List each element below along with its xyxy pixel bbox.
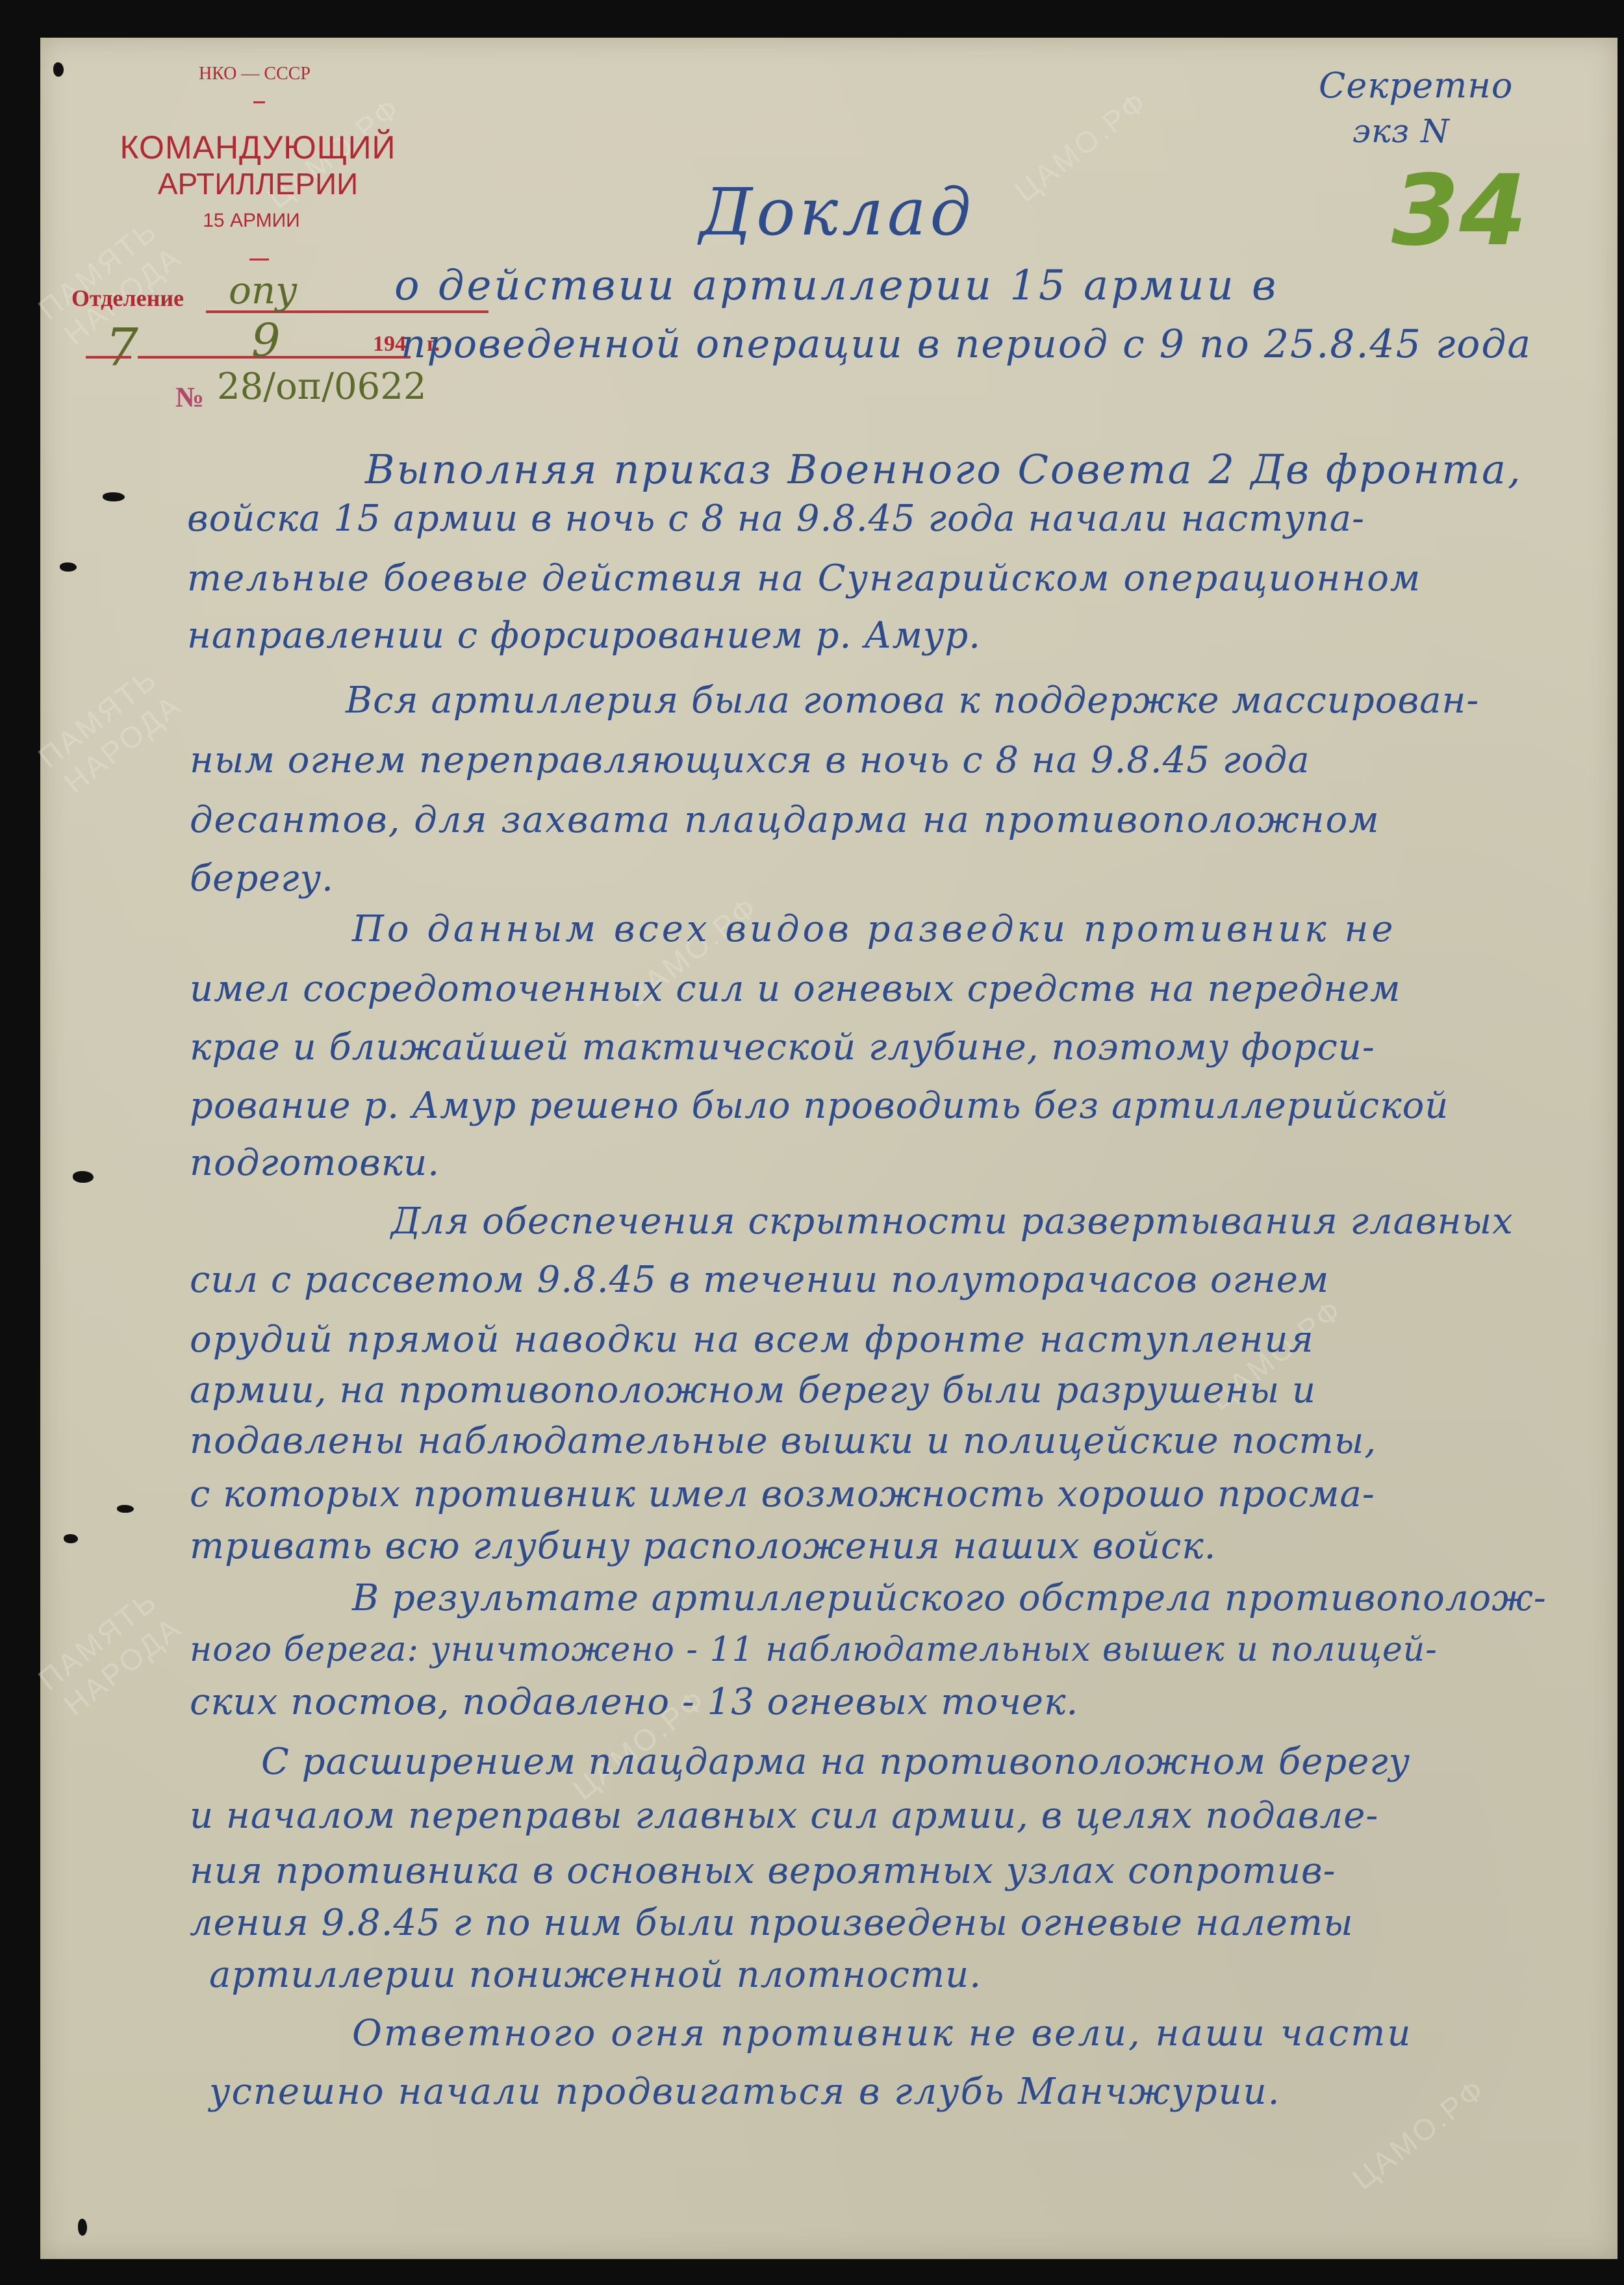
watermark: ЦАМО.РФ — [1345, 2071, 1492, 2196]
number-value: 28/оп/0622 — [217, 366, 427, 408]
body-line: подавлены наблюдательные вышки и полицей… — [190, 1420, 1377, 1462]
body-line: с которых противник имел возможность хор… — [190, 1473, 1375, 1515]
stamp-divider — [249, 259, 269, 260]
punch-hole — [73, 1171, 94, 1183]
stamp-org: НКО — СССР — [177, 64, 333, 84]
classification-label: Секретно — [1319, 65, 1513, 106]
body-line: ния противника в основных вероятных узла… — [190, 1850, 1336, 1892]
stamp-subtitle: АРТИЛЛЕРИИ — [125, 166, 391, 201]
body-line: тривать всю глубину расположения наших в… — [190, 1525, 1216, 1567]
body-line: тельные боевые действия на Сунгарийском … — [187, 557, 1421, 600]
punch-hole — [60, 562, 77, 572]
body-line: В результате артиллерийского обстрела пр… — [352, 1577, 1547, 1619]
stamp-army: 15 АРМИИ — [170, 210, 333, 232]
body-line: рование р. Амур решено было проводить бе… — [190, 1085, 1449, 1127]
document-page: ЦАМО.РФ ЦАМО.РФ ЦАМО.РФ ЦАМО.РФ ЦАМО.РФ … — [40, 38, 1618, 2259]
number-label: № — [175, 381, 204, 414]
department-label: Отделение — [71, 284, 184, 312]
copy-number: 34 — [1391, 155, 1527, 268]
body-line: Для обеспечения скрытности развертывания… — [391, 1200, 1514, 1243]
date-day: 7 — [105, 317, 138, 377]
body-line: Выполняя приказ Военного Совета 2 Дв фро… — [365, 446, 1523, 493]
body-line: имел сосредоточенных сил и огневых средс… — [190, 968, 1401, 1010]
body-line: орудий прямой наводки на всем фронте нас… — [190, 1319, 1315, 1361]
body-line: направлении с форсированием р. Амур. — [187, 614, 981, 657]
body-line: артиллерии пониженной плотности. — [209, 1954, 982, 1996]
copy-label: экз N — [1352, 112, 1450, 150]
body-line: ным огнем переправляющихся в ночь с 8 на… — [190, 739, 1310, 781]
report-title: Доклад — [700, 174, 975, 250]
body-line: С расширением плацдарма на противоположн… — [261, 1741, 1410, 1783]
body-line: Вся артиллерия была готова к поддержке м… — [346, 679, 1479, 722]
body-line: подготовки. — [190, 1142, 440, 1184]
body-line: войска 15 армии в ночь с 8 на 9.8.45 год… — [187, 498, 1365, 540]
report-subtitle-line: о действии артиллерии 15 армии в — [394, 262, 1278, 310]
watermark: ЦАМО.РФ — [1008, 83, 1154, 208]
body-line: десантов, для захвата плацдарма на проти… — [190, 799, 1380, 841]
body-line: ских постов, подавлено - 13 огневых точе… — [190, 1681, 1078, 1723]
punch-hole — [103, 492, 125, 501]
stamp-title: КОМАНДУЮЩИЙ — [105, 129, 411, 166]
body-line: и началом переправы главных сил армии, в… — [190, 1795, 1378, 1837]
stamp-divider — [253, 101, 265, 103]
body-line: берегу. — [190, 857, 334, 900]
punch-hole — [53, 62, 64, 77]
body-line: успешно начали продвигаться в глубь Манч… — [209, 2071, 1281, 2113]
body-line: Ответного огня противник не вели, наши ч… — [352, 2012, 1412, 2054]
department-value: опу — [229, 268, 298, 312]
body-line: крае и ближайшей тактической глубине, по… — [190, 1026, 1375, 1068]
body-line: армии, на противоположном берегу были ра… — [190, 1369, 1316, 1411]
punch-hole — [64, 1534, 78, 1543]
body-line: По данным всех видов разведки противник … — [352, 908, 1397, 950]
date-month: 9 — [251, 314, 281, 367]
report-subtitle-line: проведенной операции в период с 9 по 25.… — [401, 322, 1532, 367]
body-line: ного берега: уничтожено - 11 наблюдатель… — [190, 1630, 1438, 1669]
date-day-underline — [86, 356, 131, 359]
punch-hole — [117, 1505, 134, 1513]
body-line: сил с рассветом 9.8.45 в течении полутор… — [190, 1259, 1329, 1301]
body-line: ления 9.8.45 г по ним были произведены о… — [190, 1902, 1354, 1944]
punch-hole — [78, 2219, 87, 2236]
